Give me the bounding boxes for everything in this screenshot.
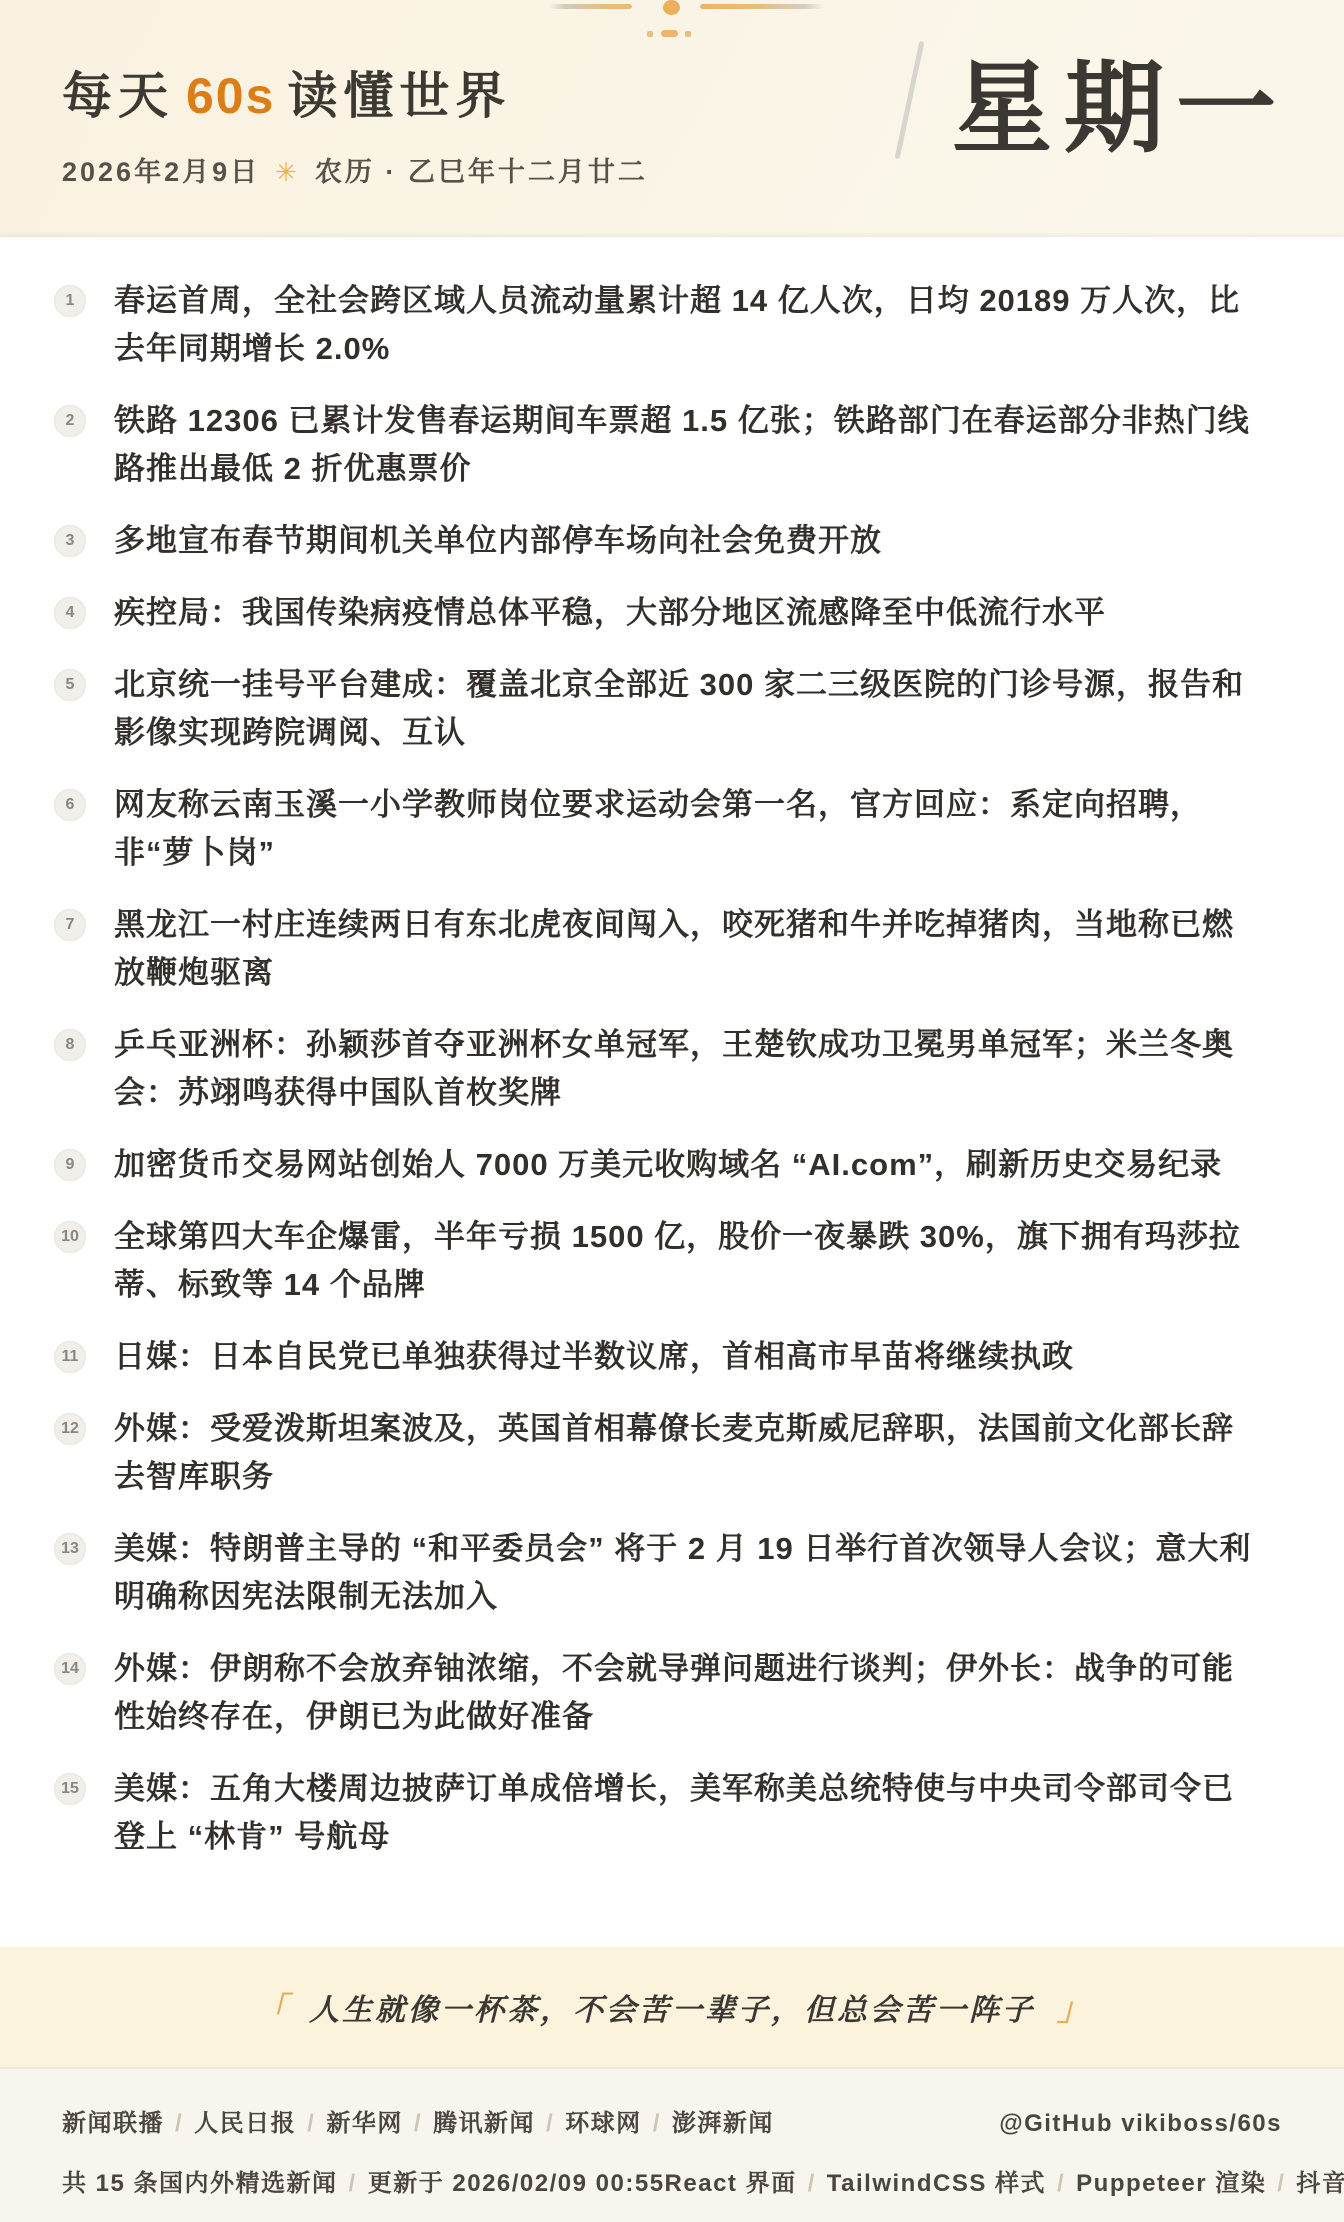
item-number-badge: 7 [54, 909, 86, 941]
daily-news-poster: 每天60s读懂世界 2026年2月9日✳农历 · 乙巳年十二月廿二 星期一 1春… [0, 0, 1344, 2222]
news-text: 加密货币交易网站创始人 7000 万美元收购域名 “AI.com”，刷新历史交易… [114, 1141, 1222, 1189]
news-text: 外媒：伊朗称不会放弃铀浓缩，不会就导弹问题进行谈判；伊外长：战争的可能性始终存在… [114, 1645, 1264, 1741]
quote-close-bracket: 」 [1057, 1984, 1089, 2030]
quote-band: 「 人生就像一杯茶，不会苦一辈子，但总会苦一阵子 」 [0, 1947, 1344, 2067]
title-suffix: 读懂世界 [287, 68, 511, 124]
footer-row-1: 新闻联播/人民日报/新华网/腾讯新闻/环球网/澎湃新闻 @GitHub viki… [62, 2103, 1282, 2138]
footer: 新闻联播/人民日报/新华网/腾讯新闻/环球网/澎湃新闻 @GitHub viki… [0, 2067, 1344, 2222]
news-text: 黑龙江一村庄连续两日有东北虎夜间闯入，咬死猪和牛并吃掉猪肉，当地称已燃放鞭炮驱离 [114, 901, 1264, 997]
footer-row-2: 共 15 条国内外精选新闻/更新于 2026/02/09 00:55 React… [62, 2163, 1282, 2198]
meta-text: 更新于 2026/02/09 00:55 [368, 2170, 665, 2197]
news-item: 5北京统一挂号平台建成：覆盖北京全部近 300 家二三级医院的门诊号源，报告和影… [54, 661, 1290, 757]
item-number-badge: 5 [54, 669, 86, 701]
tech-stack: React 界面/TailwindCSS 样式/Puppeteer 渲染/抖音美… [665, 2163, 1344, 2198]
title-prefix: 每天 [62, 68, 174, 124]
news-item: 11日媒：日本自民党已单独获得过半数议席，首相高市早苗将继续执政 [54, 1333, 1290, 1381]
header: 每天60s读懂世界 2026年2月9日✳农历 · 乙巳年十二月廿二 星期一 [0, 0, 1344, 237]
tech-name: 抖音美好体 [1296, 2170, 1344, 2197]
slash-separator: / [546, 2110, 554, 2137]
item-number-badge: 9 [54, 1149, 86, 1181]
quote-open-bracket: 「 [255, 1984, 287, 2030]
source-name: 新闻联播 [62, 2110, 164, 2137]
slash-separator: / [808, 2170, 816, 2197]
news-text: 北京统一挂号平台建成：覆盖北京全部近 300 家二三级医院的门诊号源，报告和影像… [114, 661, 1264, 757]
tech-name: TailwindCSS 样式 [827, 2170, 1046, 2197]
news-item: 3多地宣布春节期间机关单位内部停车场向社会免费开放 [54, 517, 1290, 565]
item-number-badge: 1 [54, 285, 86, 317]
news-item: 8乒乓亚洲杯：孙颖莎首夺亚洲杯女单冠军，王楚钦成功卫冕男单冠军；米兰冬奥会：苏翊… [54, 1021, 1290, 1117]
news-text: 外媒：受爱泼斯坦案波及，英国首相幕僚长麦克斯威尼辞职，法国前文化部长辞去智库职务 [114, 1405, 1264, 1501]
tech-name: React 界面 [665, 2170, 797, 2197]
news-list: 1春运首周，全社会跨区域人员流动量累计超 14 亿人次，日均 20189 万人次… [54, 277, 1290, 1861]
meta-text: 共 15 条国内外精选新闻 [62, 2170, 338, 2197]
item-number-badge: 13 [54, 1533, 86, 1565]
source-name: 新华网 [326, 2110, 403, 2137]
news-item: 9加密货币交易网站创始人 7000 万美元收购域名 “AI.com”，刷新历史交… [54, 1141, 1290, 1189]
slash-separator: / [1057, 2170, 1065, 2197]
news-sources: 新闻联播/人民日报/新华网/腾讯新闻/环球网/澎湃新闻 [62, 2103, 774, 2138]
source-name: 环球网 [565, 2110, 642, 2137]
item-number-badge: 4 [54, 597, 86, 629]
asterisk-icon: ✳ [275, 157, 300, 187]
news-item: 13美媒：特朗普主导的 “和平委员会” 将于 2 月 19 日举行首次领导人会议… [54, 1525, 1290, 1621]
news-item: 6网友称云南玉溪一小学教师岗位要求运动会第一名，官方回应：系定向招聘，非“萝卜岗… [54, 781, 1290, 877]
news-text: 铁路 12306 已累计发售春运期间车票超 1.5 亿张；铁路部门在春运部分非热… [114, 397, 1264, 493]
slash-separator: / [349, 2170, 357, 2197]
title-highlight-60s: 60s [186, 68, 275, 124]
news-text: 美媒：五角大楼周边披萨订单成倍增长，美军称美总统特使与中央司令部司令已登上 “林… [114, 1765, 1264, 1861]
news-text: 日媒：日本自民党已单独获得过半数议席，首相高市早苗将继续执政 [114, 1333, 1074, 1381]
news-text: 全球第四大车企爆雷，半年亏损 1500 亿，股价一夜暴跌 30%，旗下拥有玛莎拉… [114, 1213, 1264, 1309]
news-item: 1春运首周，全社会跨区域人员流动量累计超 14 亿人次，日均 20189 万人次… [54, 277, 1290, 373]
gregorian-date: 2026年2月9日 [62, 157, 260, 187]
quote-text: 人生就像一杯茶，不会苦一辈子，但总会苦一阵子 [309, 1985, 1035, 2029]
news-item: 4疾控局：我国传染病疫情总体平稳，大部分地区流感降至中低流行水平 [54, 589, 1290, 637]
item-number-badge: 14 [54, 1653, 86, 1685]
news-item: 2铁路 12306 已累计发售春运期间车票超 1.5 亿张；铁路部门在春运部分非… [54, 397, 1290, 493]
source-name: 人民日报 [194, 2110, 296, 2137]
item-number-badge: 12 [54, 1413, 86, 1445]
weekday-label: 星期一 [952, 28, 1288, 172]
news-item: 14外媒：伊朗称不会放弃铀浓缩，不会就导弹问题进行谈判；伊外长：战争的可能性始终… [54, 1645, 1290, 1741]
item-number-badge: 11 [54, 1341, 86, 1373]
item-number-badge: 3 [54, 525, 86, 557]
item-number-badge: 10 [54, 1221, 86, 1253]
news-text: 美媒：特朗普主导的 “和平委员会” 将于 2 月 19 日举行首次领导人会议；意… [114, 1525, 1264, 1621]
slash-separator: / [175, 2110, 183, 2137]
slash-separator: / [307, 2110, 315, 2137]
news-item: 12外媒：受爱泼斯坦案波及，英国首相幕僚长麦克斯威尼辞职，法国前文化部长辞去智库… [54, 1405, 1290, 1501]
news-text: 乒乓亚洲杯：孙颖莎首夺亚洲杯女单冠军，王楚钦成功卫冕男单冠军；米兰冬奥会：苏翊鸣… [114, 1021, 1264, 1117]
item-number-badge: 6 [54, 789, 86, 821]
item-number-badge: 15 [54, 1773, 86, 1805]
source-name: 腾讯新闻 [433, 2110, 535, 2137]
news-text: 疾控局：我国传染病疫情总体平稳，大部分地区流感降至中低流行水平 [114, 589, 1106, 637]
slash-separator: / [414, 2110, 422, 2137]
slash-separator: / [1277, 2170, 1285, 2197]
weekday-block: 星期一 [907, 28, 1288, 172]
item-number-badge: 8 [54, 1029, 86, 1061]
item-number-badge: 2 [54, 405, 86, 437]
news-text: 春运首周，全社会跨区域人员流动量累计超 14 亿人次，日均 20189 万人次，… [114, 277, 1264, 373]
news-item: 10全球第四大车企爆雷，半年亏损 1500 亿，股价一夜暴跌 30%，旗下拥有玛… [54, 1213, 1290, 1309]
news-text: 网友称云南玉溪一小学教师岗位要求运动会第一名，官方回应：系定向招聘，非“萝卜岗” [114, 781, 1264, 877]
news-text: 多地宣布春节期间机关单位内部停车场向社会免费开放 [114, 517, 882, 565]
source-name: 澎湃新闻 [672, 2110, 774, 2137]
news-item: 15美媒：五角大楼周边披萨订单成倍增长，美军称美总统特使与中央司令部司令已登上 … [54, 1765, 1290, 1861]
tech-name: Puppeteer 渲染 [1076, 2170, 1266, 2197]
news-item: 7黑龙江一村庄连续两日有东北虎夜间闯入，咬死猪和牛并吃掉猪肉，当地称已燃放鞭炮驱… [54, 901, 1290, 997]
lunar-date: 农历 · 乙巳年十二月廿二 [315, 157, 648, 187]
github-credit: @GitHub vikiboss/60s [999, 2110, 1282, 2138]
slash-separator: / [653, 2110, 661, 2137]
footer-meta: 共 15 条国内外精选新闻/更新于 2026/02/09 00:55 [62, 2163, 665, 2198]
news-card: 1春运首周，全社会跨区域人员流动量累计超 14 亿人次，日均 20189 万人次… [0, 237, 1344, 1947]
